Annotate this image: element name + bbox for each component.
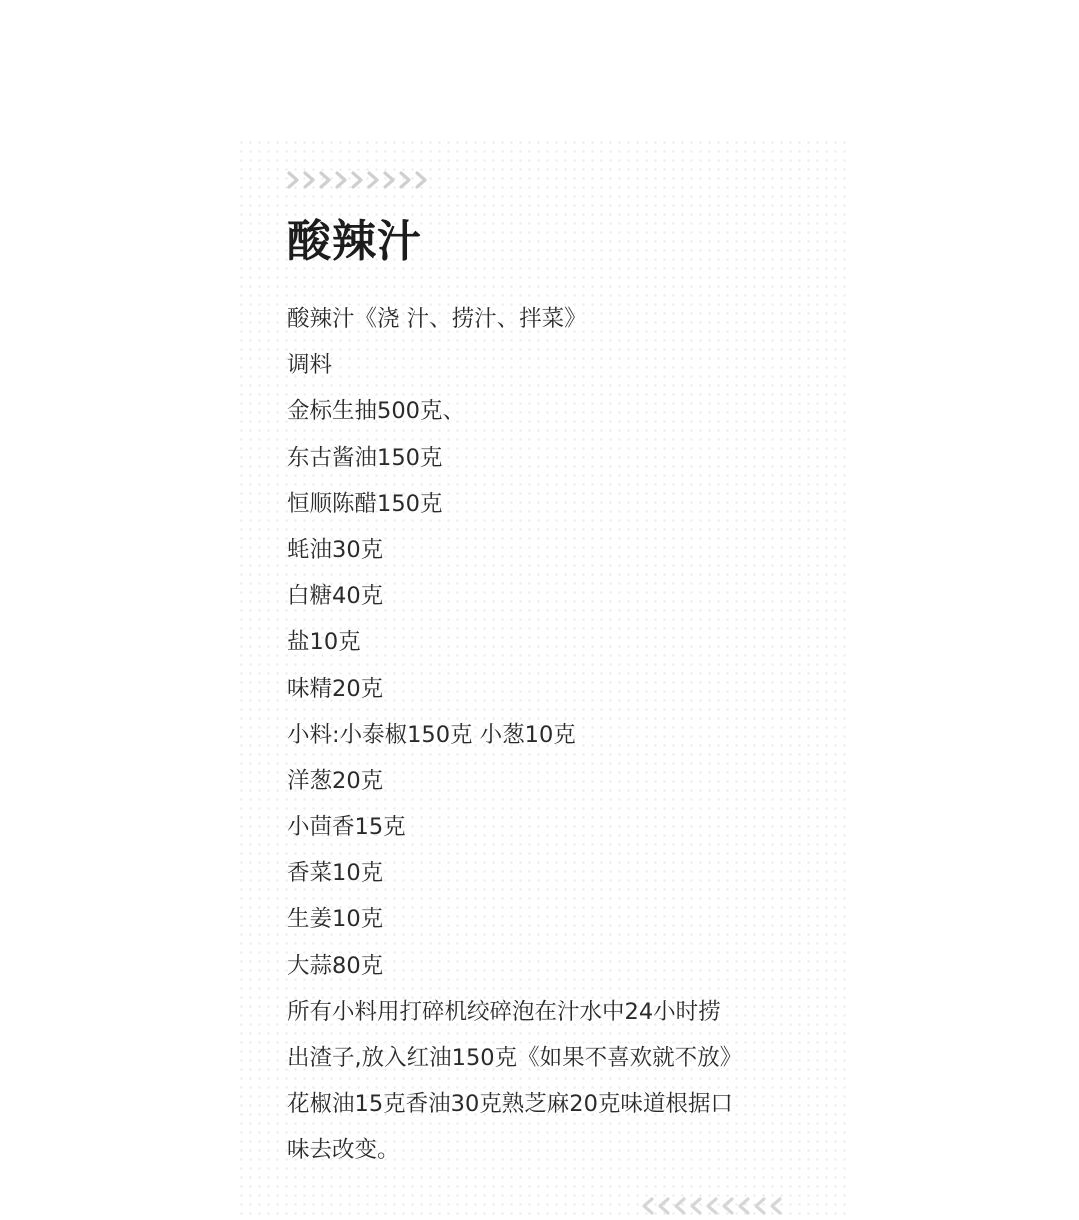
chevron-right-icon <box>366 170 381 190</box>
chevron-left-icon <box>688 1196 703 1216</box>
chevron-left-icon <box>672 1196 687 1216</box>
chevron-right-icon <box>382 170 397 190</box>
chevron-left-icon <box>656 1196 671 1216</box>
recipe-line-ingredient: 洋葱20克 <box>287 758 742 804</box>
chevron-right-icon <box>398 170 413 190</box>
bottom-chevron-decoration <box>640 1196 783 1216</box>
chevron-left-icon <box>752 1196 767 1216</box>
recipe-line-section-seasoning: 调料 <box>287 342 742 388</box>
recipe-line-ingredient: 金标生抽500克、 <box>287 388 742 434</box>
recipe-line-ingredient: 盐10克 <box>287 619 742 665</box>
recipe-line-instruction: 所有小料用打碎机绞碎泡在汁水中24小时捞 <box>287 989 742 1035</box>
chevron-right-icon <box>302 170 317 190</box>
recipe-line-ingredient: 小料:小泰椒150克 小葱10克 <box>287 712 742 758</box>
recipe-line-ingredient: 大蒜80克 <box>287 943 742 989</box>
page-title: 酸辣汁 <box>287 214 422 270</box>
chevron-left-icon <box>736 1196 751 1216</box>
chevron-right-icon <box>286 170 301 190</box>
recipe-line-ingredient: 生姜10克 <box>287 896 742 942</box>
recipe-line-instruction: 出渣子,放入红油150克《如果不喜欢就不放》 <box>287 1035 742 1081</box>
chevron-right-icon <box>350 170 365 190</box>
recipe-line-instruction: 味去改变。 <box>287 1127 742 1173</box>
recipe-line-instruction: 花椒油15克香油30克熟芝麻20克味道根据口 <box>287 1081 742 1127</box>
recipe-line-ingredient: 味精20克 <box>287 666 742 712</box>
chevron-right-icon <box>334 170 349 190</box>
chevron-left-icon <box>768 1196 783 1216</box>
chevron-right-icon <box>318 170 333 190</box>
chevron-left-icon <box>640 1196 655 1216</box>
chevron-left-icon <box>720 1196 735 1216</box>
top-chevron-decoration <box>286 170 429 190</box>
recipe-line-ingredient: 小茴香15克 <box>287 804 742 850</box>
chevron-right-icon <box>414 170 429 190</box>
recipe-line-ingredient: 东古酱油150克 <box>287 435 742 481</box>
recipe-line-ingredient: 恒顺陈醋150克 <box>287 481 742 527</box>
recipe-line-ingredient: 蚝油30克 <box>287 527 742 573</box>
recipe-line-subtitle: 酸辣汁《浇 汁、捞汁、拌菜》 <box>287 296 742 342</box>
recipe-line-ingredient: 白糖40克 <box>287 573 742 619</box>
recipe-line-ingredient: 香菜10克 <box>287 850 742 896</box>
chevron-left-icon <box>704 1196 719 1216</box>
recipe-body: 酸辣汁《浇 汁、捞汁、拌菜》 调料 金标生抽500克、 东古酱油150克 恒顺陈… <box>287 296 742 1174</box>
